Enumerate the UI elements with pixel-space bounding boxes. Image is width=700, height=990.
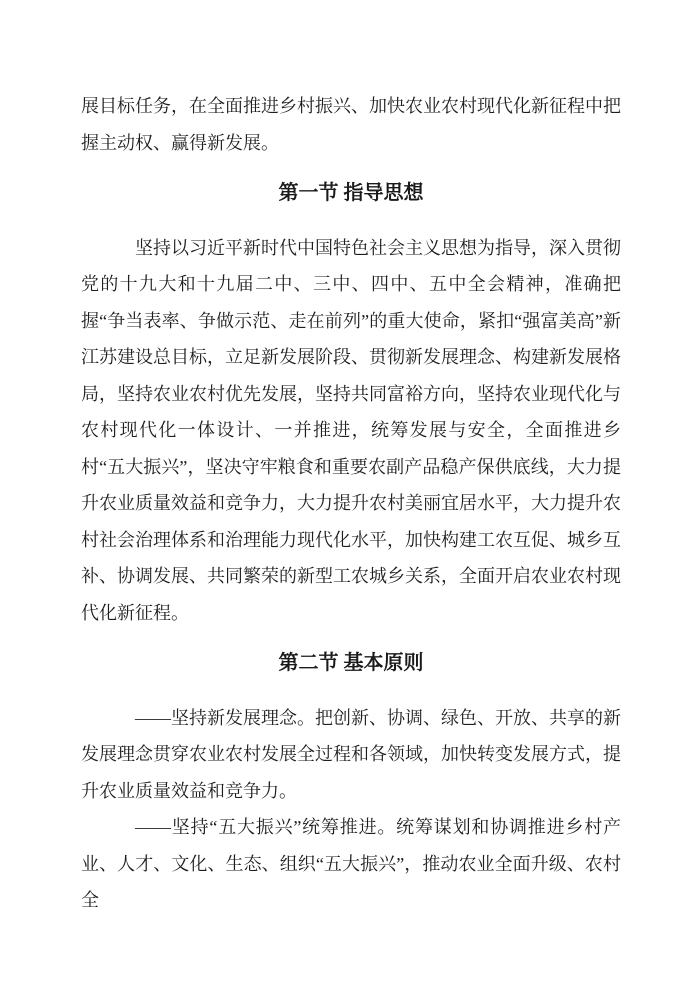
paragraph-guiding-ideology: 坚持以习近平新时代中国特色社会主义思想为指导，深入贯彻党的十九大和十九届二中、三… (81, 230, 621, 632)
paragraph-principle-five-revitalizations: ——坚持“五大振兴”统筹推进。统筹谋划和协调推进乡村产业、人才、文化、生态、组织… (81, 809, 621, 919)
paragraph-principle-new-development-concept: ——坚持新发展理念。把创新、协调、绿色、开放、共享的新发展理念贯穿农业农村发展全… (81, 700, 621, 810)
paragraph-continuation: 展目标任务，在全面推进乡村振兴、加快农业农村现代化新征程中把握主动权、赢得新发展… (81, 88, 621, 161)
document-page: 展目标任务，在全面推进乡村振兴、加快农业农村现代化新征程中把握主动权、赢得新发展… (0, 0, 700, 990)
section-heading-guiding-ideology: 第一节 指导思想 (81, 175, 621, 212)
section-heading-basic-principles: 第二节 基本原则 (81, 645, 621, 682)
